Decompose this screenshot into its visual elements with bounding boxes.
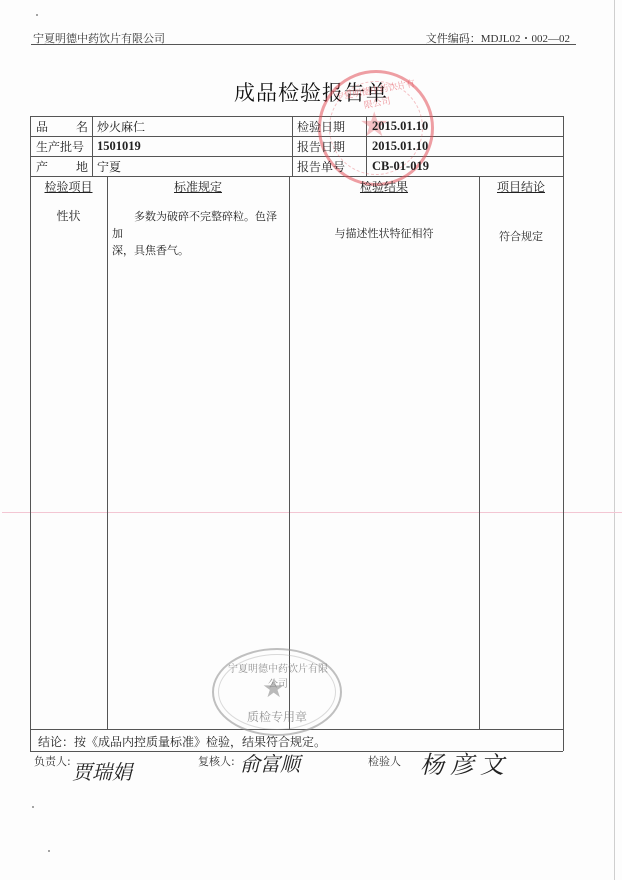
inspection-date-value: 2015.01.10 bbox=[372, 116, 428, 136]
header-rule bbox=[31, 44, 576, 45]
origin-label: 产地 bbox=[36, 156, 88, 176]
inspector-signature: 杨彦文 bbox=[420, 745, 510, 780]
batch-number-value: 1501019 bbox=[97, 136, 141, 156]
row-standard: 多数为破碎不完整碎粒。色泽加深，具焦香气。 bbox=[112, 208, 287, 259]
column-header-conclusion: 项目结论 bbox=[479, 178, 563, 195]
report-date-value: 2015.01.10 bbox=[372, 136, 428, 156]
quality-control-seal: 宁夏明德中药饮片有限公司 ★ 质检专用章 bbox=[212, 648, 342, 736]
report-number-label: 报告单号 bbox=[297, 156, 345, 176]
column-header-result: 检验结果 bbox=[289, 178, 479, 195]
row-conclusion: 符合规定 bbox=[479, 228, 563, 245]
report-title: 成品检验报告单 bbox=[0, 77, 622, 107]
scan-artifact-line bbox=[2, 512, 622, 513]
reviewer-signature: 俞富顺 bbox=[240, 748, 300, 777]
report-number-value: CB-01-019 bbox=[372, 156, 429, 176]
responsible-person-signature: 贾瑞娟 bbox=[72, 756, 132, 785]
scan-speck bbox=[32, 806, 34, 808]
scan-speck bbox=[36, 14, 38, 16]
star-icon: ★ bbox=[262, 674, 285, 704]
reviewer-label: 复核人: bbox=[198, 753, 235, 769]
product-name-value: 炒火麻仁 bbox=[97, 116, 145, 136]
report-date-label: 报告日期 bbox=[297, 136, 345, 156]
column-header-item: 检验项目 bbox=[30, 178, 107, 195]
page-edge bbox=[614, 0, 615, 880]
row-item: 性状 bbox=[30, 208, 107, 225]
inspection-date-label: 检验日期 bbox=[297, 116, 345, 136]
row-result: 与描述性状特征相符 bbox=[289, 225, 479, 242]
batch-number-label: 生产批号 bbox=[36, 136, 84, 156]
origin-value: 宁夏 bbox=[97, 156, 121, 176]
column-header-standard: 标准规定 bbox=[107, 178, 289, 195]
product-name-label: 品名 bbox=[36, 116, 88, 136]
responsible-person-label: 负责人: bbox=[34, 753, 71, 769]
scan-speck bbox=[48, 850, 50, 852]
inspector-label: 检验人 bbox=[368, 753, 401, 769]
